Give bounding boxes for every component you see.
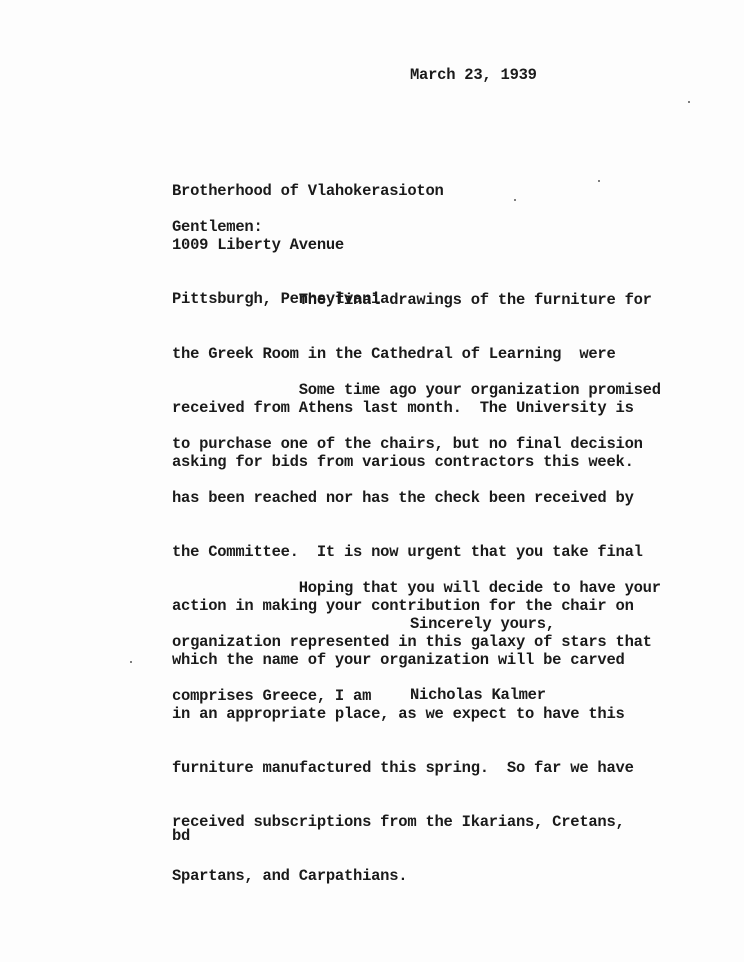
signature-name: Nicholas Kalmer — [410, 686, 546, 704]
paper-speck — [514, 199, 516, 201]
paragraph-line: organization represented in this galaxy … — [172, 633, 661, 651]
paper-speck — [688, 101, 690, 103]
paper-speck — [598, 180, 600, 182]
paragraph-line: to purchase one of the chairs, but no fi… — [172, 435, 661, 453]
paper-speck — [130, 661, 132, 663]
recipient-name: Brotherhood of Vlahokerasioton — [172, 182, 444, 200]
paragraph-line: Hoping that you will decide to have your — [172, 579, 661, 597]
letter-date: March 23, 1939 — [410, 66, 537, 84]
paragraph-line: Spartans, and Carpathians. — [172, 867, 661, 885]
paragraph-3: Hoping that you will decide to have your… — [172, 543, 661, 741]
letter-page: March 23, 1939 Brotherhood of Vlahokeras… — [0, 0, 744, 962]
closing: Sincerely yours, — [410, 615, 555, 633]
paragraph-line: The final drawings of the furniture for — [172, 291, 652, 309]
paragraph-line: has been reached nor has the check been … — [172, 489, 661, 507]
typist-initials: bd — [172, 827, 190, 845]
paragraph-line: Some time ago your organization promised — [172, 381, 661, 399]
paragraph-line: received subscriptions from the Ikarians… — [172, 813, 661, 831]
paragraph-line: furniture manufactured this spring. So f… — [172, 759, 661, 777]
recipient-street: 1009 Liberty Avenue — [172, 236, 444, 254]
salutation: Gentlemen: — [172, 218, 263, 236]
